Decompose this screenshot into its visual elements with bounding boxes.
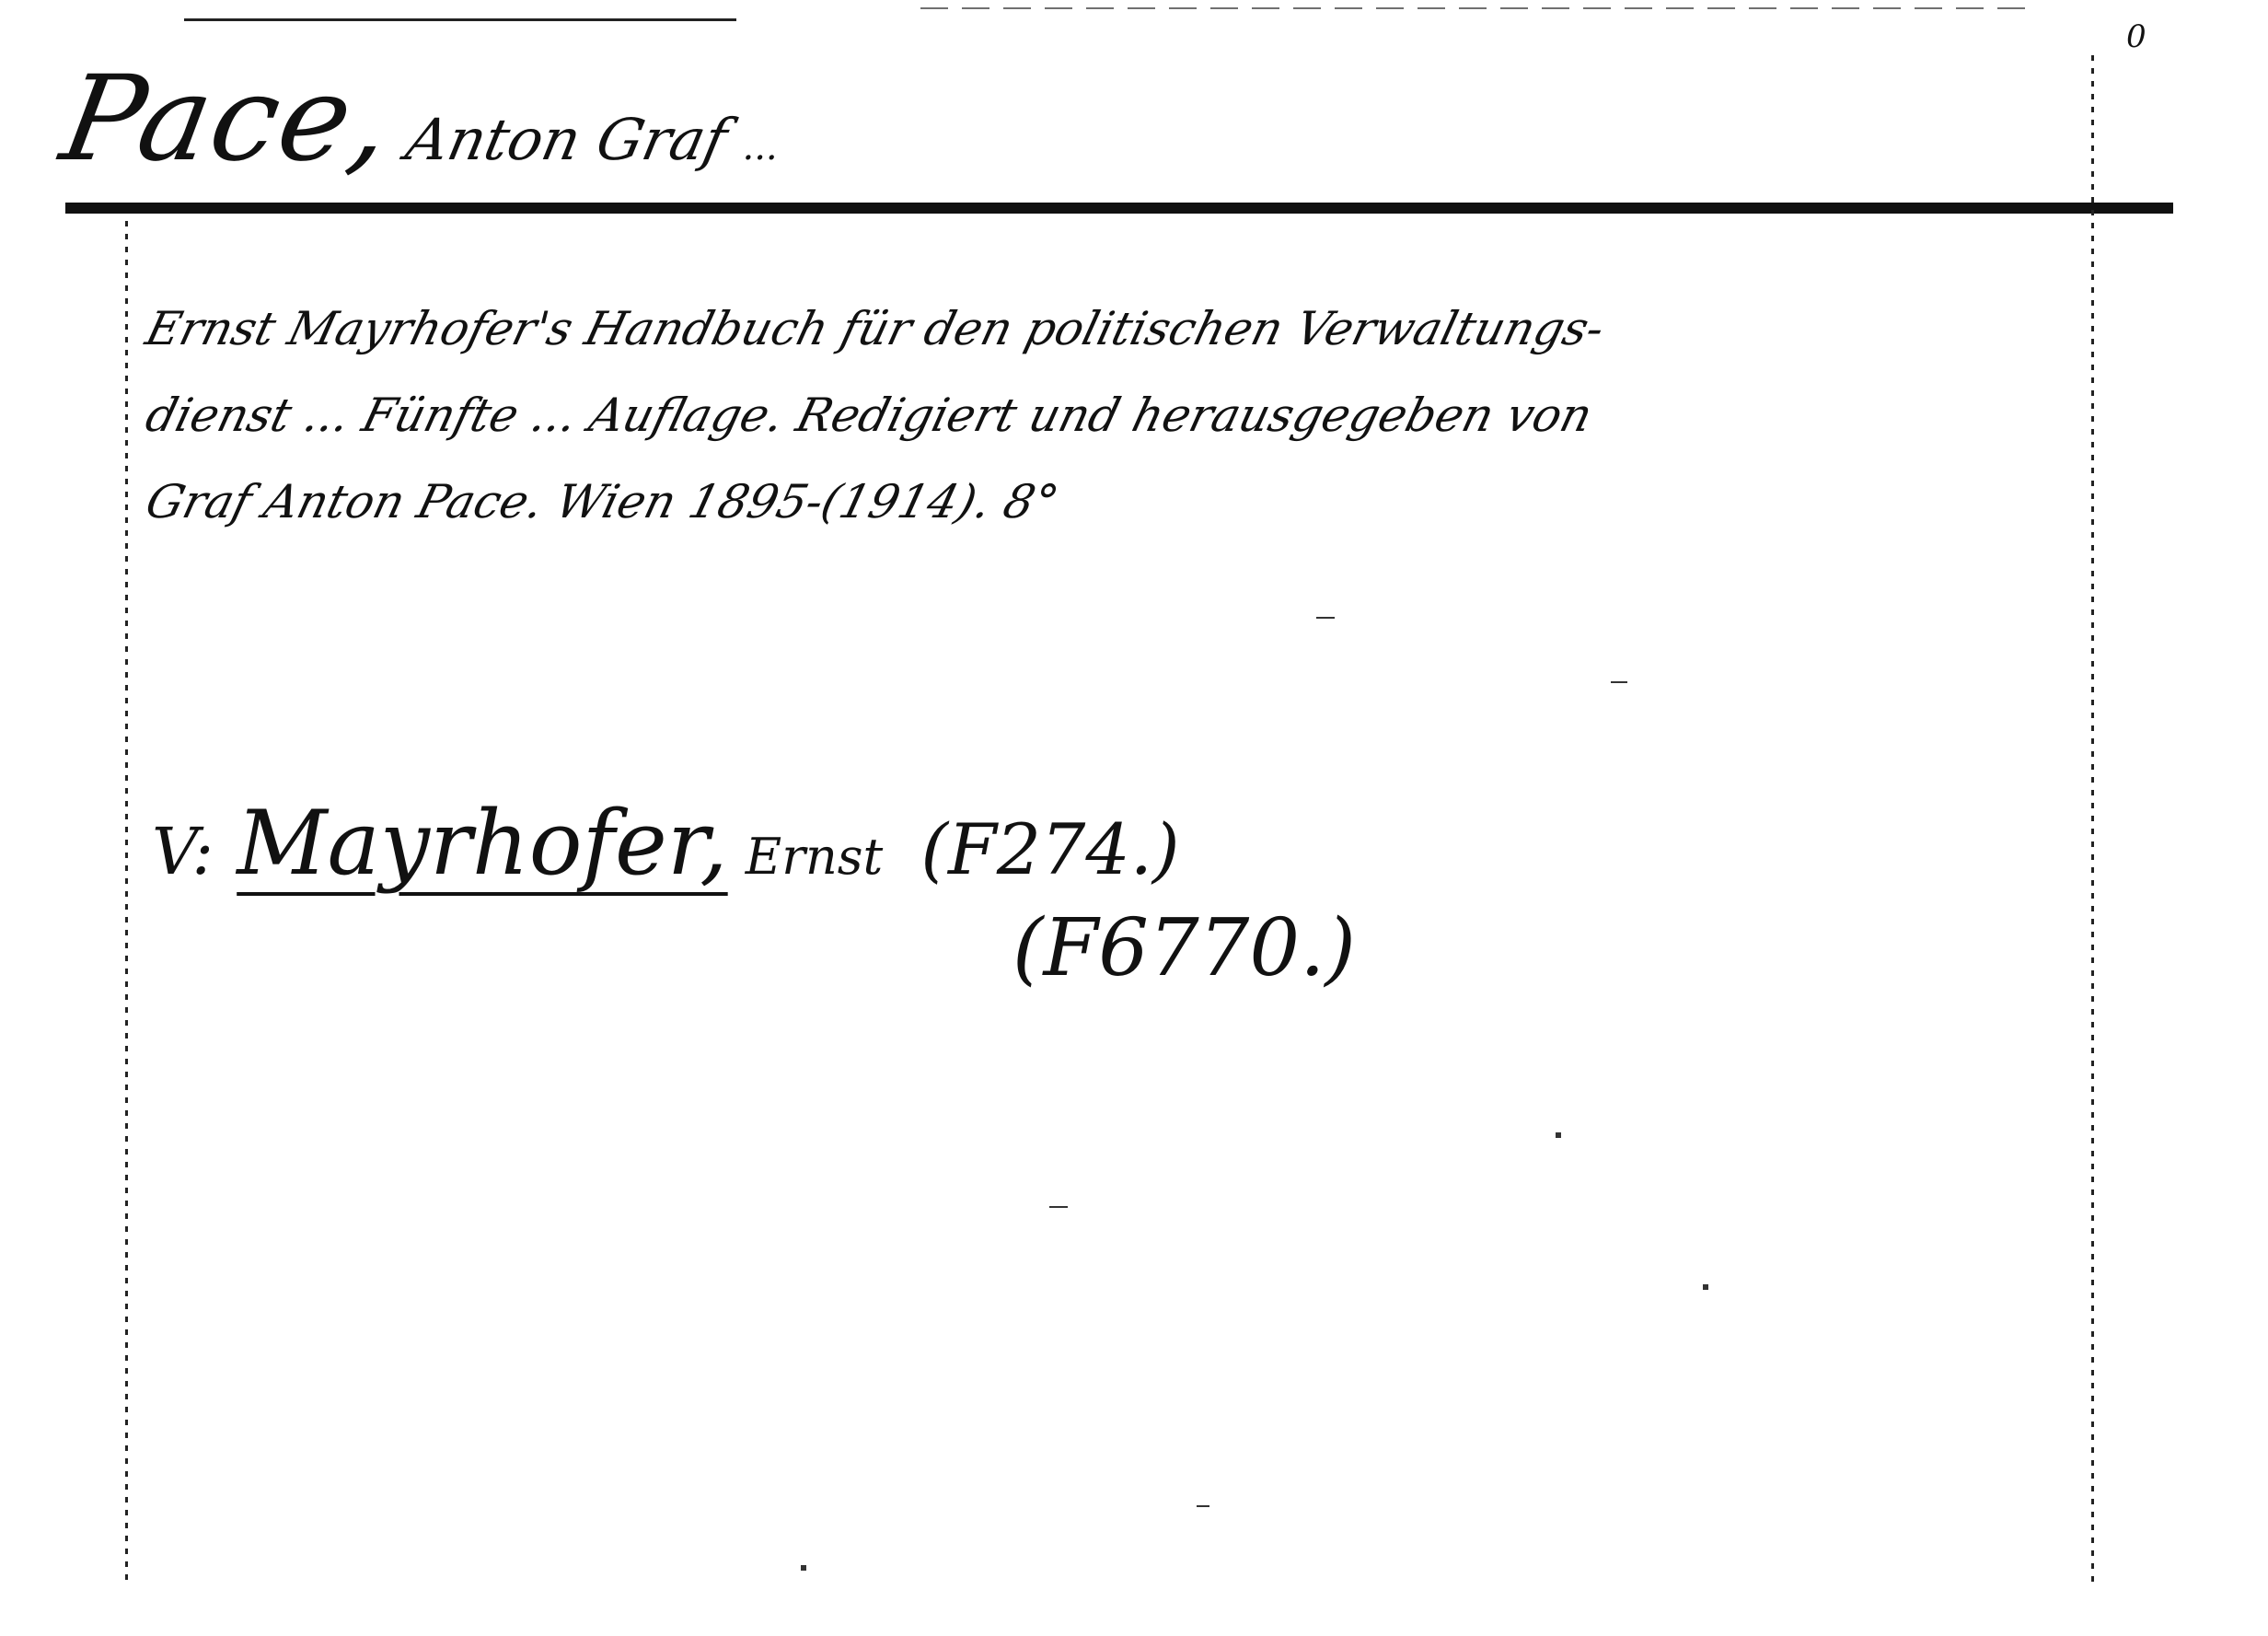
reference-name: Mayrhofer, — [237, 792, 727, 895]
reference-prefix: V: — [152, 814, 214, 889]
top-edge-rule — [184, 18, 736, 21]
heading-given-name: Anton Graf — [400, 106, 733, 173]
shelfmark-2: (F6770.) — [1012, 902, 1356, 994]
heading-trailing: ... — [742, 126, 777, 168]
card-body: Ernst Mayrhofer's Handbuch für den polit… — [147, 285, 2089, 545]
cross-reference: V: Mayrhofer, Ernst (F274.) — [152, 792, 1180, 895]
scan-speck — [1703, 1284, 1708, 1290]
right-margin-line — [2091, 55, 2094, 1584]
left-margin-line — [125, 221, 128, 1584]
reference-first-name: Ernst — [746, 828, 883, 886]
heading-surname: Pace, — [52, 51, 403, 188]
scan-speck — [1611, 681, 1627, 683]
scan-speck — [1316, 617, 1335, 619]
body-line: Graf Anton Pace. Wien 1895-(1914). 8° — [136, 458, 2100, 545]
corner-mark: 0 — [2126, 18, 2146, 55]
scan-speck — [801, 1565, 806, 1571]
scan-speck — [1197, 1505, 1209, 1507]
body-line: dienst ... Fünfte ... Auflage. Redigiert… — [136, 372, 2100, 458]
scan-speck — [1556, 1132, 1561, 1138]
card-heading: Pace, Anton Graf ... — [64, 51, 778, 189]
shelfmark-1: (F274.) — [920, 808, 1179, 890]
top-edge-dashes — [920, 7, 2025, 9]
catalog-card: Pace, Anton Graf ... 0 Ernst Mayrhofer's… — [0, 0, 2268, 1636]
body-line: Ernst Mayrhofer's Handbuch für den polit… — [136, 285, 2100, 372]
heading-rule — [65, 203, 2173, 214]
scan-speck — [1049, 1206, 1068, 1208]
